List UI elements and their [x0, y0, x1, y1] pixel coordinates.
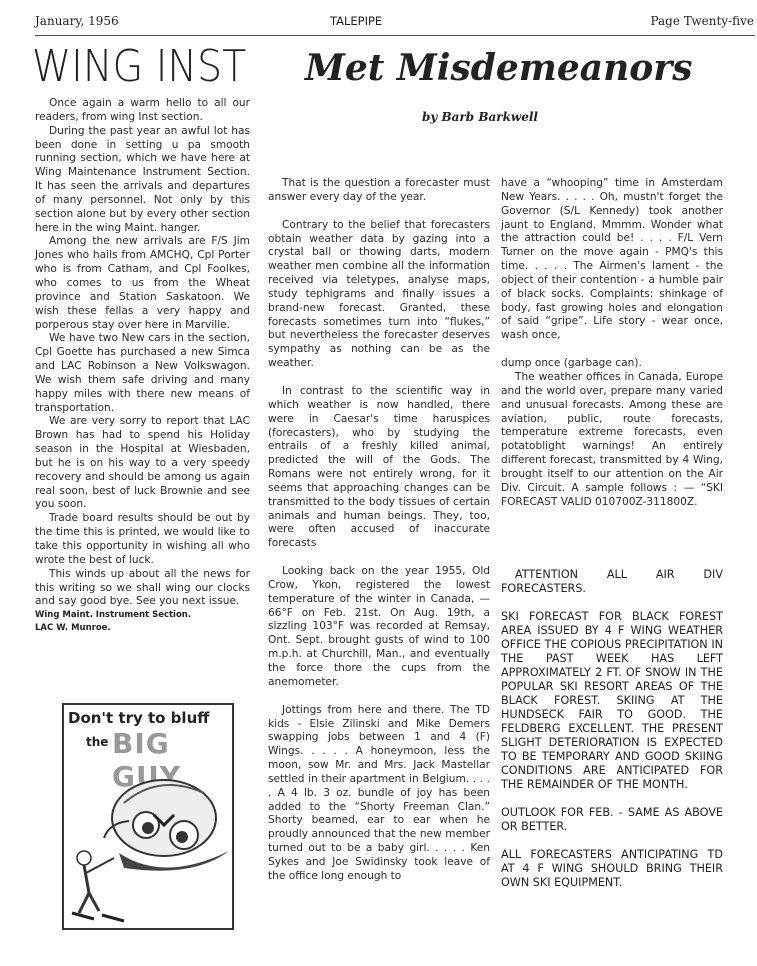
signature-line: LAC W. Munroe. — [35, 622, 250, 635]
paragraph: Looking back on the year 1955, Old Crow,… — [268, 565, 490, 690]
header-date: January, 1956 — [35, 14, 119, 28]
ski-forecast-block: ATTENTION ALL AIR DIV FORECASTERS. SKI F… — [501, 568, 723, 890]
wing-inst-article: Once again a warm hello to all our reade… — [35, 97, 250, 635]
paragraph: In contrast to the scientific way in whi… — [268, 385, 490, 551]
paragraph: The weather offices in Canada, Europe an… — [501, 371, 723, 509]
forecast-body: SKI FORECAST FOR BLACK FOREST AREA ISSUE… — [501, 610, 723, 792]
paragraph: That is the question a forecaster must a… — [268, 177, 490, 205]
met-article-middle-column: That is the question a forecaster must a… — [268, 177, 490, 884]
paragraph: Among the new arrivals are F/S Jim Jones… — [35, 235, 250, 332]
byline: by Barb Barkwell — [422, 110, 538, 124]
met-article-right-column: have a “whooping” time in Amsterdam New … — [501, 177, 723, 509]
met-misdemeanors-title: Met Misdemeanors — [305, 46, 693, 90]
big-guy-helmet-icon — [64, 763, 232, 928]
cartoon-caption: Don't try to bluff — [68, 709, 209, 727]
paragraph: Jottings from here and there. The TD kid… — [268, 704, 490, 884]
paragraph: We have two New cars in the section, Cpl… — [35, 332, 250, 415]
paragraph: dump once (garbage can). — [501, 357, 723, 371]
paragraph: We are very sorry to report that LAC Bro… — [35, 415, 250, 512]
forecast-outlook: OUTLOOK FOR FEB. - SAME AS ABOVE OR BETT… — [501, 806, 723, 834]
header-publication: TALEPIPE — [330, 14, 382, 28]
paragraph: Trade board results should be out by the… — [35, 512, 250, 567]
paragraph: have a “whooping” time in Amsterdam New … — [501, 177, 723, 343]
paragraph: During the past year an awful lot has be… — [35, 125, 250, 236]
paragraph: Contrary to the belief that forecasters … — [268, 219, 490, 371]
forecast-attention: ATTENTION ALL AIR DIV FORECASTERS. — [501, 568, 723, 596]
cartoon-illustration: Don't try to bluff the BIG GUY — [62, 703, 234, 930]
header-rule — [35, 35, 755, 36]
cartoon-caption-the: the — [86, 735, 108, 749]
signature-line: Wing Maint. Instrument Section. — [35, 609, 250, 622]
paragraph: This winds up about all the news for thi… — [35, 568, 250, 610]
forecast-equipment-note: ALL FORECASTERS ANTICIPATING TD AT 4 F W… — [501, 848, 723, 890]
paragraph: Once again a warm hello to all our reade… — [35, 97, 250, 125]
wing-inst-title: WING INST — [32, 42, 246, 92]
header-page-number: Page Twenty-five — [650, 14, 754, 28]
